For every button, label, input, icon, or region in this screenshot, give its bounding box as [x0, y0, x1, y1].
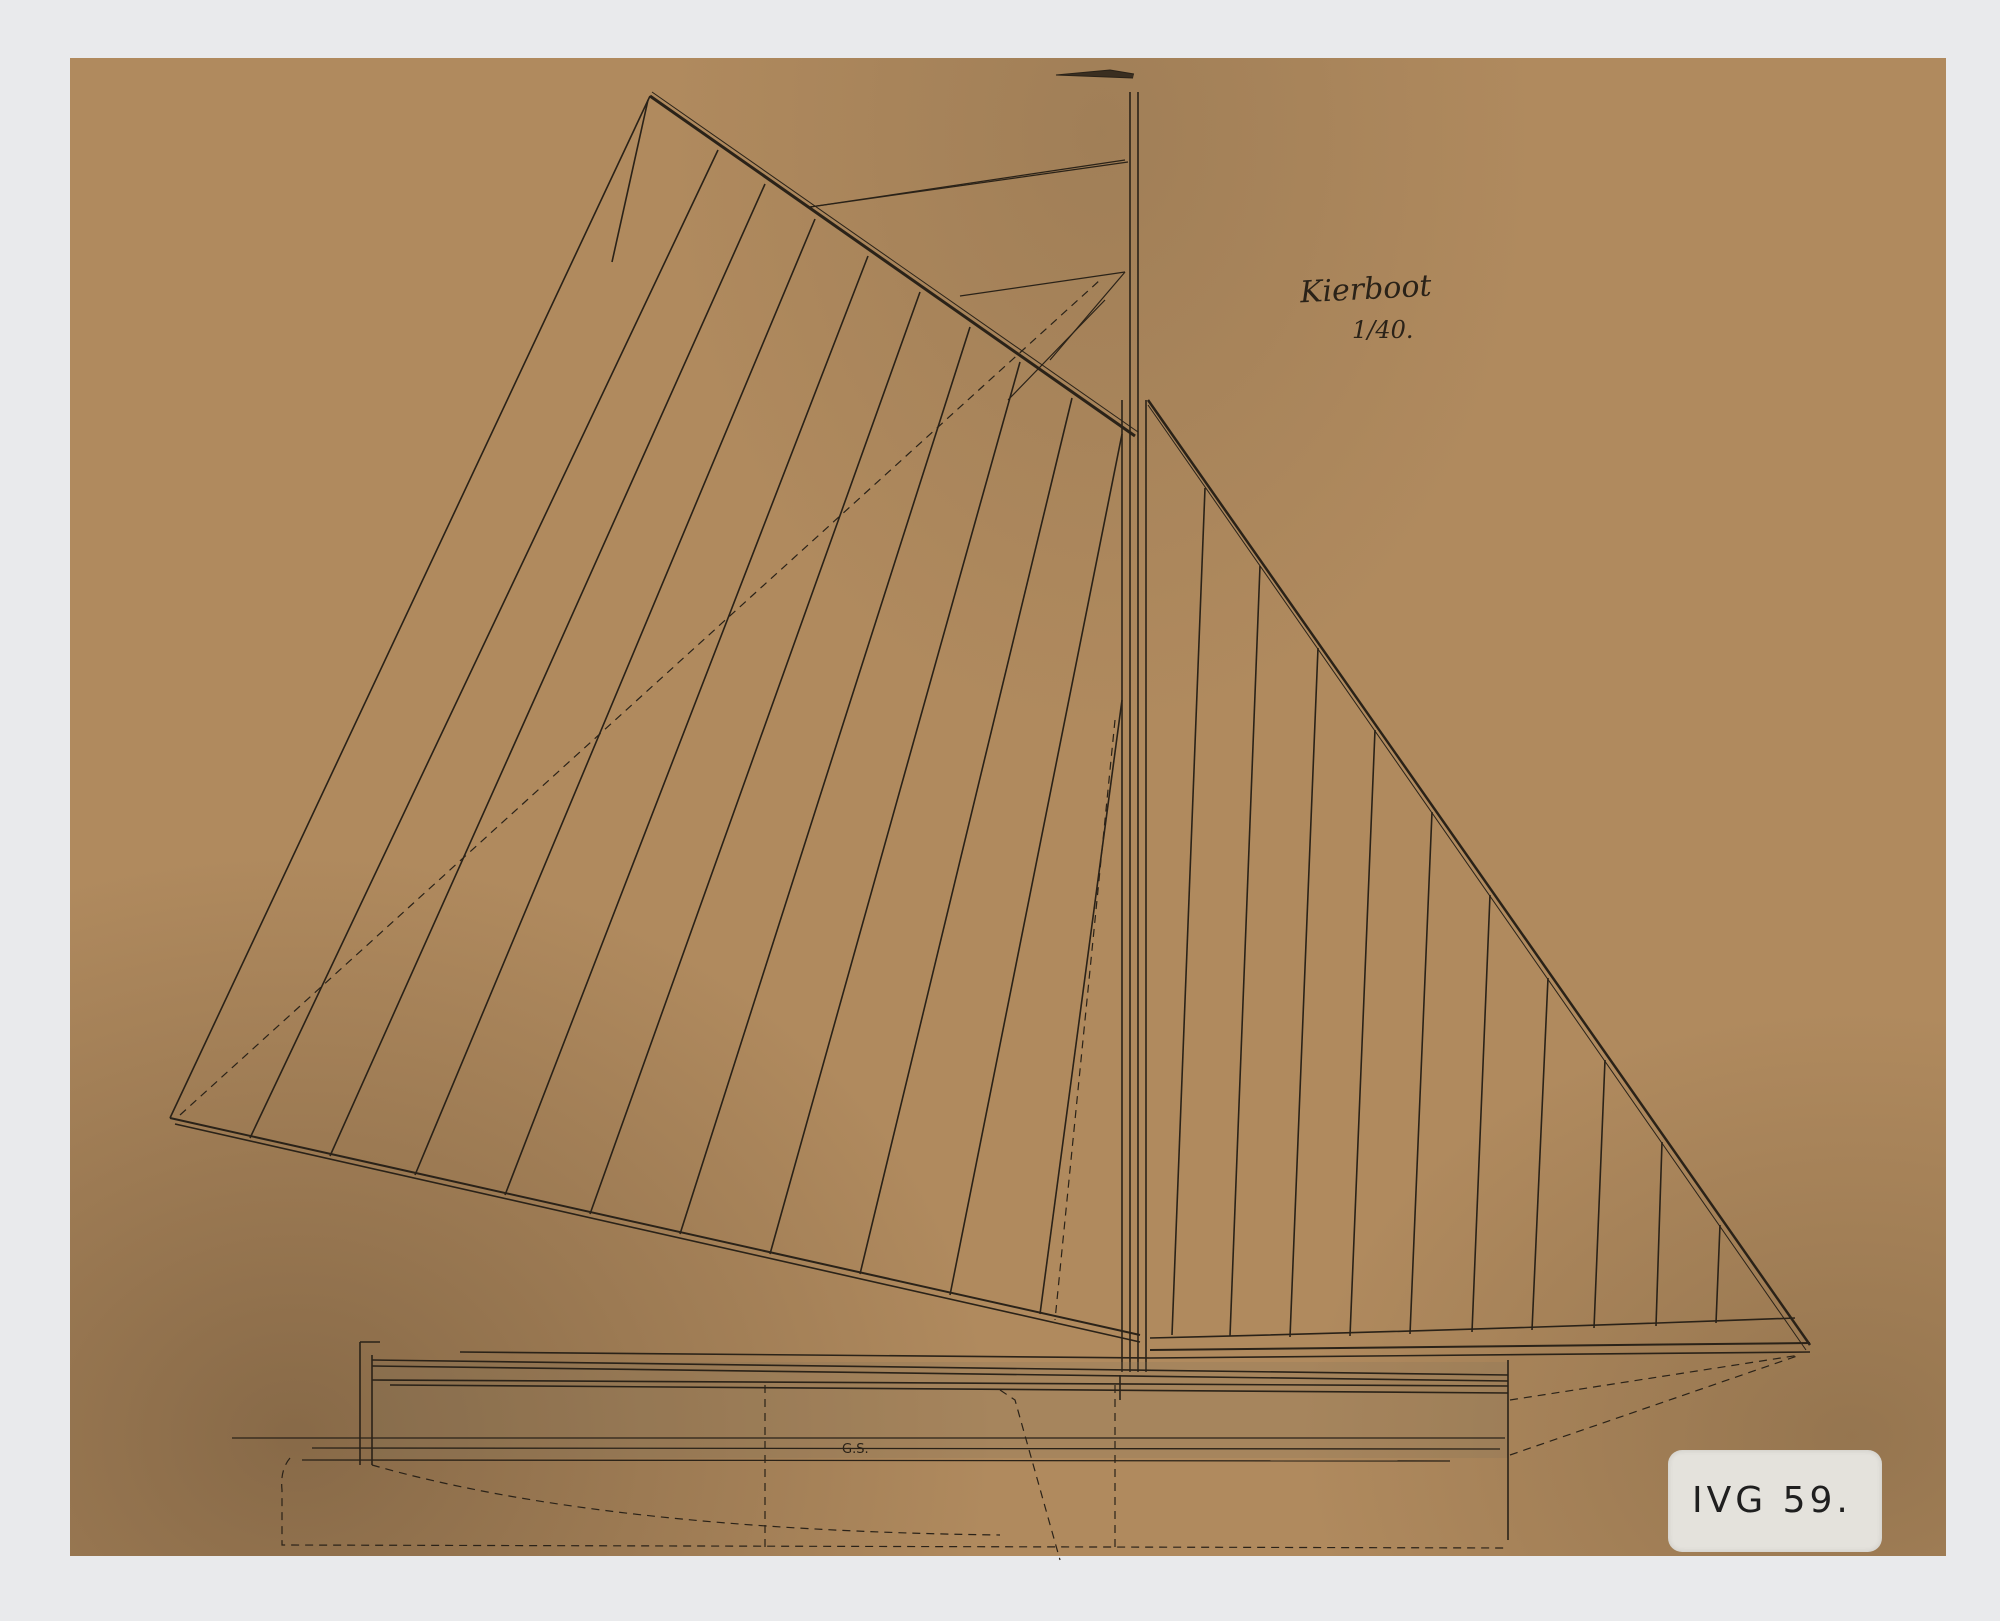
waterline-label: G.S.: [842, 1442, 869, 1457]
mast: [1056, 70, 1146, 1372]
catalog-number: IVG 59.: [1692, 1480, 1852, 1521]
catalog-label: IVG 59.: [1668, 1450, 1882, 1552]
hull: [282, 1342, 1800, 1560]
jib: [1148, 400, 1810, 1358]
sail-plan-drawing: [0, 0, 2000, 1621]
drawing-scale: 1/40.: [1352, 316, 1414, 344]
mainsail: [170, 92, 1140, 1342]
drawing-title: Kierboot: [1299, 269, 1432, 311]
rigging: [810, 160, 1128, 1320]
